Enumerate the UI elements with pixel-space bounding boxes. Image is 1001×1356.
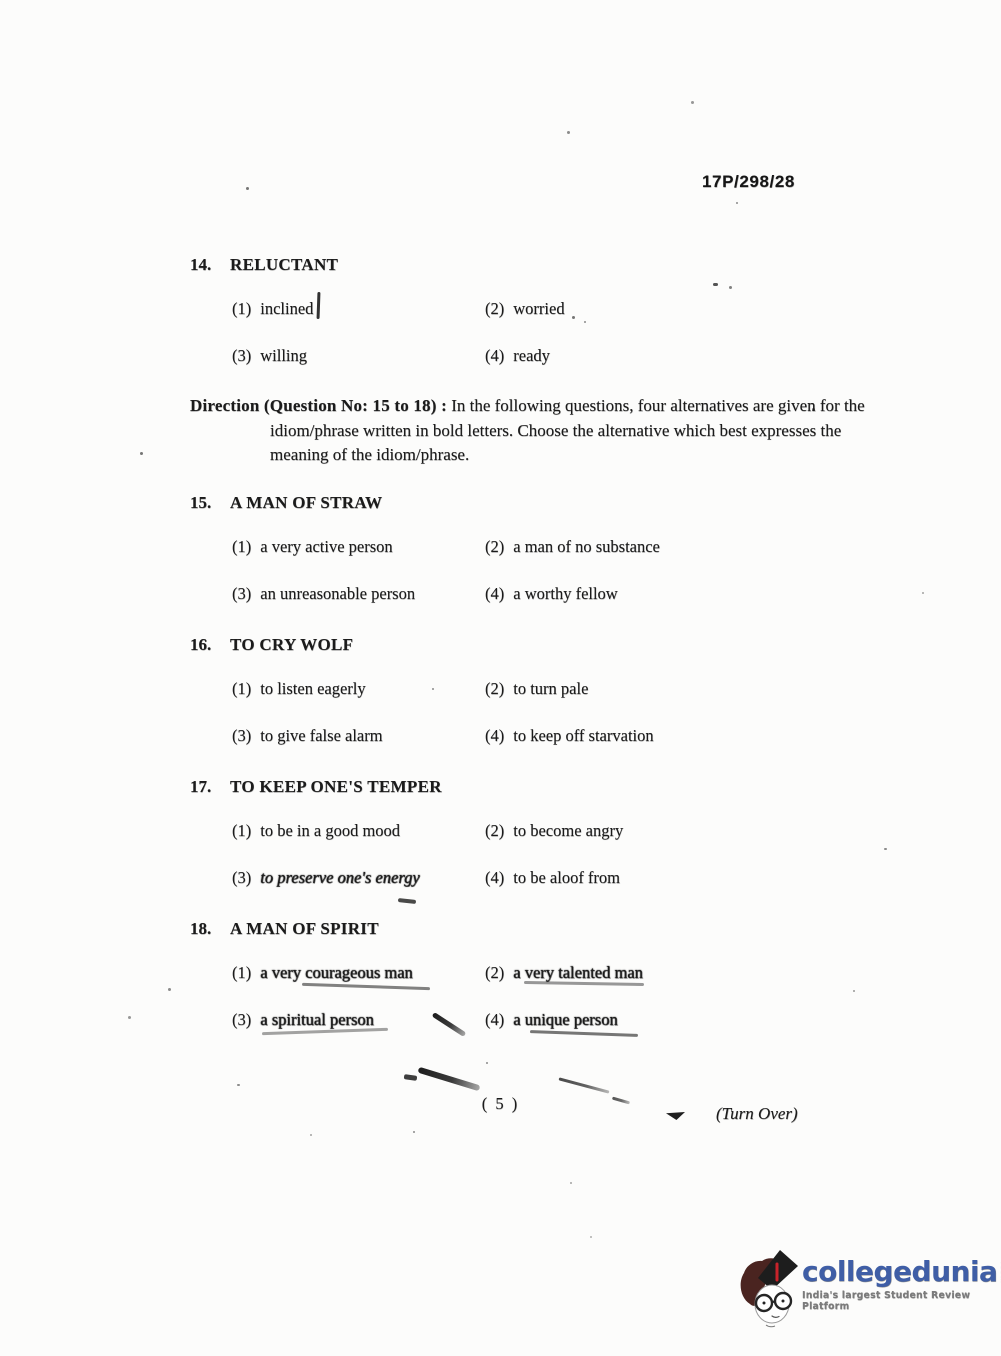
- question-number: 15.: [190, 492, 230, 514]
- question-stem-row: 15.A MAN OF STRAW: [190, 492, 941, 514]
- scan-speck: [590, 1236, 592, 1238]
- option-number: (1): [232, 299, 251, 318]
- option-1: (1)inclined: [232, 298, 485, 320]
- option-label: to be in a good mood: [260, 821, 400, 840]
- option-number: (3): [232, 584, 251, 603]
- option-3: (3)an unreasonable person: [232, 583, 485, 605]
- option-label: a unique person: [513, 1010, 617, 1029]
- option-label: a very active person: [260, 537, 392, 556]
- logo-text-column: collegedunia .com India's largest Studen…: [802, 1242, 1001, 1312]
- question-stem-row: 14.RELUCTANT: [190, 254, 941, 276]
- paper-code: 17P/298/28: [702, 172, 795, 192]
- option-label: willing: [260, 346, 307, 365]
- question-number: 14.: [190, 254, 230, 276]
- question-number: 18.: [190, 918, 230, 940]
- smudge-streak: [558, 1077, 609, 1093]
- smudge-dash: [398, 898, 416, 904]
- scan-speck: [140, 452, 143, 455]
- option-2: (2)worried: [485, 298, 941, 320]
- option-number: (1): [232, 537, 251, 556]
- option-number: (1): [232, 679, 251, 698]
- scan-speck: [691, 101, 694, 104]
- option-number: (3): [232, 346, 251, 365]
- scan-speck: [713, 283, 718, 286]
- direction-label: Direction (Question No: 15 to 18) :: [190, 396, 447, 415]
- scan-speck: [237, 1084, 240, 1086]
- turn-over-note: (Turn Over): [716, 1104, 798, 1124]
- collegedunia-logo: collegedunia .com India's largest Studen…: [736, 1242, 1001, 1330]
- option-number: (4): [485, 1010, 504, 1029]
- options-grid: (1)to be in a good mood (2)to become ang…: [232, 820, 941, 889]
- scan-speck: [884, 848, 887, 850]
- scan-speck: [310, 1134, 312, 1136]
- option-4: (4)ready: [485, 345, 941, 367]
- option-3: (3)willing: [232, 345, 485, 367]
- option-number: (3): [232, 868, 251, 887]
- option-3: (3)to preserve one's energy: [232, 867, 485, 889]
- option-label: to turn pale: [513, 679, 588, 698]
- option-4: (4)to be aloof from: [485, 867, 941, 889]
- mascot-chin: [766, 1325, 775, 1327]
- smudge-streak: [418, 1067, 481, 1091]
- scan-speck: [128, 1016, 131, 1019]
- question-14: 14.RELUCTANT (1)inclined (2)worried (3)w…: [190, 254, 941, 367]
- question-stem-row: 18.A MAN OF SPIRIT: [190, 918, 941, 940]
- option-number: (2): [485, 679, 504, 698]
- option-label: a very talented man: [513, 963, 643, 982]
- option-label: to be aloof from: [513, 868, 620, 887]
- option-2: (2)to become angry: [485, 820, 941, 842]
- question-number: 16.: [190, 634, 230, 656]
- question-stem: TO CRY WOLF: [230, 635, 353, 654]
- option-3: (3)to give false alarm: [232, 725, 485, 747]
- option-label: a spiritual person: [260, 1010, 374, 1029]
- option-label: worried: [513, 299, 564, 318]
- scan-speck: [567, 131, 570, 134]
- scan-speck: [736, 202, 738, 204]
- scan-speck: [432, 688, 434, 690]
- question-stem: TO KEEP ONE'S TEMPER: [230, 777, 442, 796]
- question-16: 16.TO CRY WOLF (1)to listen eagerly (2)t…: [190, 634, 941, 747]
- option-label: ready: [513, 346, 550, 365]
- direction-block: Direction (Question No: 15 to 18) : In t…: [190, 394, 894, 468]
- option-4: (4)a worthy fellow: [485, 583, 941, 605]
- scan-speck: [853, 990, 855, 992]
- option-number: (1): [232, 963, 251, 982]
- question-number: 17.: [190, 776, 230, 798]
- question-18: 18.A MAN OF SPIRIT (1)a very courageous …: [190, 918, 941, 1031]
- scan-speck: [922, 592, 924, 594]
- scan-speck: [572, 316, 575, 319]
- option-4: (4)to keep off starvation: [485, 725, 941, 747]
- brand-row: collegedunia .com: [802, 1258, 1001, 1286]
- option-1: (1)to be in a good mood: [232, 820, 485, 842]
- mascot-graduate-icon: [736, 1242, 800, 1330]
- option-1: (1)a very courageous man: [232, 962, 485, 984]
- option-label: a very courageous man: [260, 963, 413, 982]
- smudge-dash: [404, 1074, 418, 1081]
- option-number: (2): [485, 821, 504, 840]
- brand-wordmark: collegedunia: [802, 1258, 997, 1286]
- page-number: ( 5 ): [0, 1094, 1001, 1114]
- scan-speck: [486, 1062, 488, 1064]
- option-number: (4): [485, 584, 504, 603]
- brand-tagline: India's largest Student Review Platform: [802, 1290, 1001, 1312]
- option-number: (2): [485, 537, 504, 556]
- option-2: (2)a man of no substance: [485, 536, 941, 558]
- option-number: (2): [485, 299, 504, 318]
- option-number: (3): [232, 1010, 251, 1029]
- question-stem: A MAN OF SPIRIT: [230, 919, 379, 938]
- question-stem-row: 17.TO KEEP ONE'S TEMPER: [190, 776, 941, 798]
- options-grid: (1)a very active person (2)a man of no s…: [232, 536, 941, 605]
- option-2: (2)to turn pale: [485, 678, 941, 700]
- options-grid: (1)to listen eagerly (2)to turn pale (3)…: [232, 678, 941, 747]
- option-number: (4): [485, 868, 504, 887]
- scan-speck: [812, 408, 815, 411]
- option-label: a man of no substance: [513, 537, 660, 556]
- option-number: (1): [232, 821, 251, 840]
- mascot-eye-right: [782, 1300, 785, 1303]
- scan-speck: [584, 321, 586, 323]
- scan-speck: [729, 286, 732, 289]
- scan-speck: [205, 640, 207, 642]
- scan-speck: [570, 1182, 572, 1184]
- option-label: to give false alarm: [260, 726, 382, 745]
- option-number: (4): [485, 346, 504, 365]
- option-number: (2): [485, 963, 504, 982]
- option-label: to listen eagerly: [260, 679, 365, 698]
- smudge-arrowhead: [666, 1112, 685, 1120]
- option-label: inclined: [260, 299, 313, 318]
- options-grid: (1)inclined (2)worried (3)willing (4)rea…: [232, 298, 941, 367]
- option-label: to keep off starvation: [513, 726, 653, 745]
- option-label: a worthy fellow: [513, 584, 617, 603]
- smudge-line: [530, 1030, 638, 1037]
- option-number: (4): [485, 726, 504, 745]
- question-stem: RELUCTANT: [230, 255, 338, 274]
- options-grid: (1)a very courageous man (2)a very talen…: [232, 962, 941, 1031]
- question-stem: A MAN OF STRAW: [230, 493, 382, 512]
- scan-speck: [168, 988, 171, 991]
- scan-speck: [246, 187, 249, 190]
- option-number: (3): [232, 726, 251, 745]
- question-stem-row: 16.TO CRY WOLF: [190, 634, 941, 656]
- question-17: 17.TO KEEP ONE'S TEMPER (1)to be in a go…: [190, 776, 941, 889]
- option-1: (1)to listen eagerly: [232, 678, 485, 700]
- option-label: to become angry: [513, 821, 623, 840]
- option-4: (4)a unique person: [485, 1009, 941, 1031]
- mascot-eye-left: [763, 1302, 766, 1305]
- option-label: to preserve one's energy: [260, 868, 419, 887]
- scan-speck: [413, 1131, 415, 1133]
- option-label: an unreasonable person: [260, 584, 415, 603]
- question-15: 15.A MAN OF STRAW (1)a very active perso…: [190, 492, 941, 605]
- option-1: (1)a very active person: [232, 536, 485, 558]
